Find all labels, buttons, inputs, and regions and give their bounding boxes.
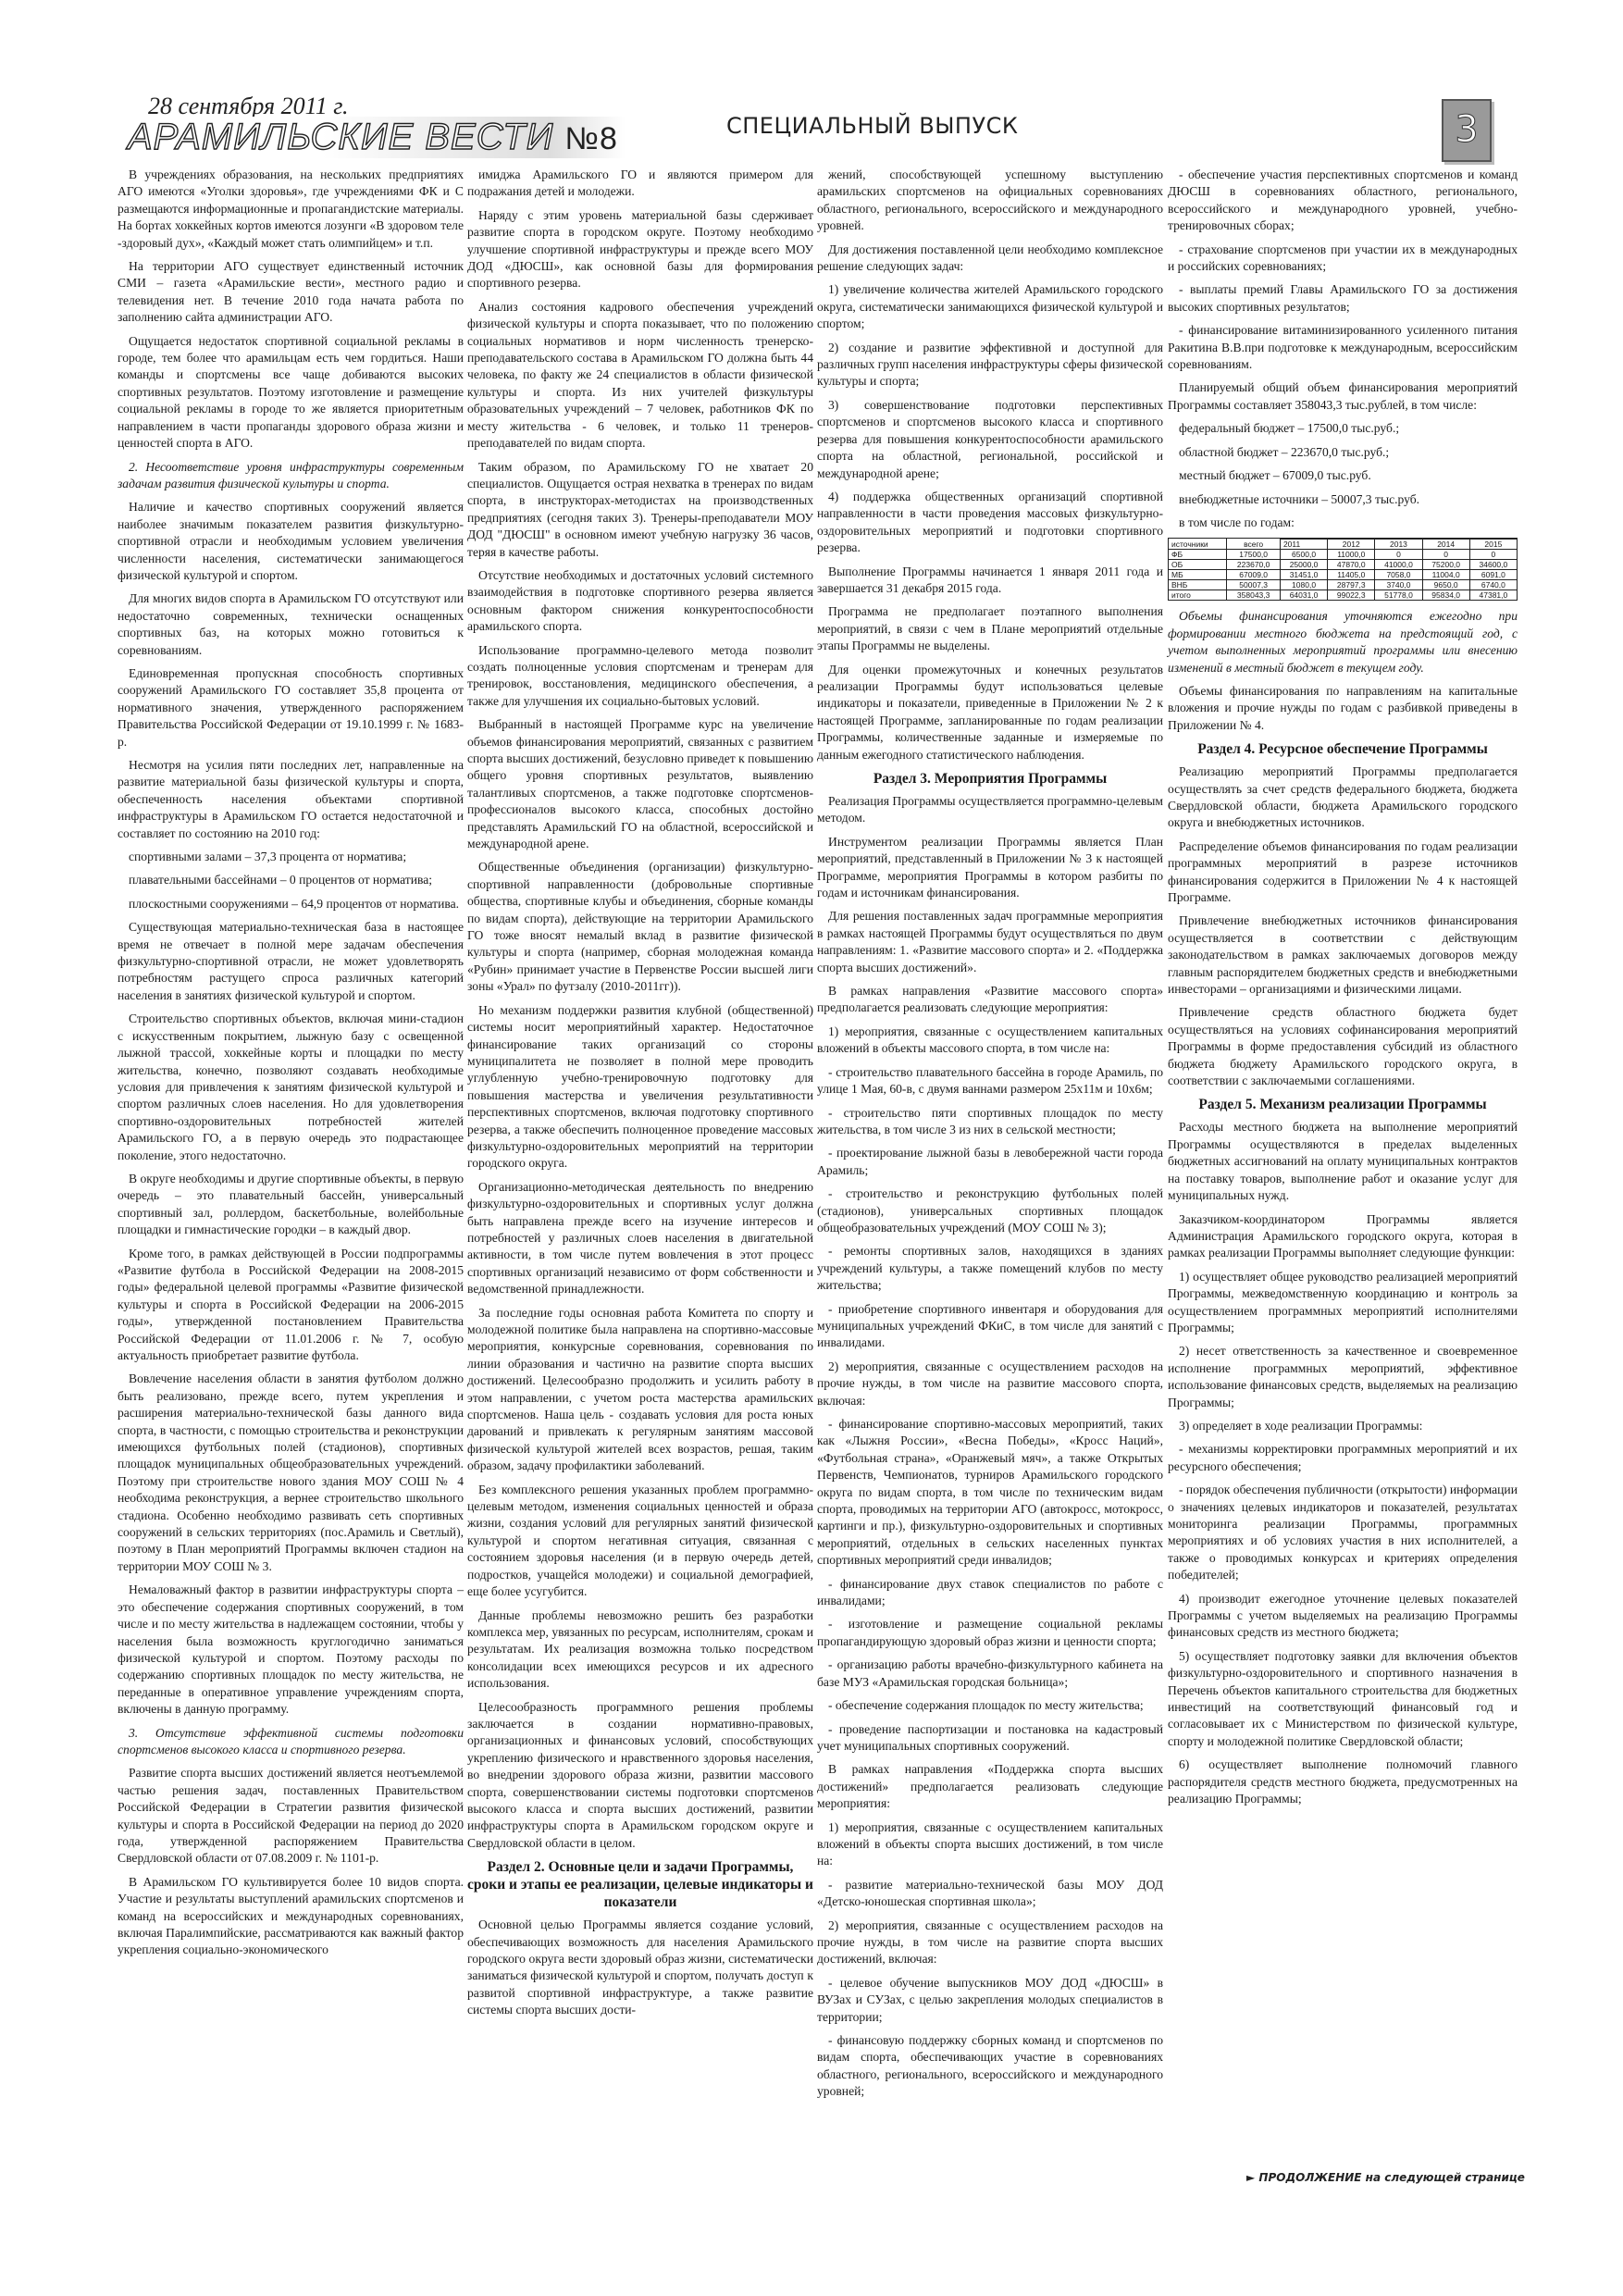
paragraph: 4) поддержка общественных организаций сп… [817,489,1163,557]
value-cell: 64031,0 [1280,590,1327,601]
paragraph: На территории АГО существует единственны… [118,258,464,327]
paragraph: 2) мероприятия, связанные с осуществлени… [817,1359,1163,1409]
paragraph: 1) осуществляет общее руководство реализ… [1168,1269,1518,1337]
paragraph: В округе необходимы и другие спортивные … [118,1171,464,1239]
section-heading: Раздел 3. Мероприятия Программы [817,770,1163,788]
paragraph: Кроме того, в рамках действующей в Росси… [118,1246,464,1365]
paragraph: Реализация Программы осуществляется прог… [817,793,1163,827]
paragraph: - финансирование витаминизированного уси… [1168,322,1518,373]
value-cell: 50007,3 [1227,580,1281,590]
paragraph: Заказчиком-координатором Программы являе… [1168,1211,1518,1262]
paragraph: 4) производит ежегодное уточнение целевы… [1168,1591,1518,1642]
page-header: 28 сентября 2011 г. АРАМИЛЬСКИЕ ВЕСТИ №8… [0,0,1623,167]
header-year: 2014 [1422,540,1469,550]
value-cell: 51778,0 [1375,590,1422,601]
paragraph: Немаловажный фактор в развитии инфрастру… [118,1582,464,1718]
table-row: МБ67009,031451,011405,07058,011004,06091… [1169,570,1518,580]
paragraph: - страхование спортсменов при участии их… [1168,242,1518,276]
column-4-body: Объемы финансирования уточняются ежегодн… [1168,608,1518,1807]
paragraph: - порядок обеспечения публичности (откры… [1168,1482,1518,1583]
paragraph: - обеспечение содержания площадок по мес… [817,1697,1163,1714]
paragraph: спортивными залами – 37,3 процента от но… [118,849,464,865]
section-heading: Раздел 2. Основные цели и задачи Програм… [467,1858,813,1911]
table-row: ВНБ50007,31080,028797,33740,09650,06740,… [1169,580,1518,590]
paragraph: Наряду с этим уровень материальной базы … [467,207,813,292]
source-cell: МБ [1169,570,1227,580]
italic-paragraph: 3. Отсутствие эффективной системы подгот… [118,1725,464,1759]
value-cell: 67009,0 [1227,570,1281,580]
column-1: В учреждениях образования, на нескольких… [118,167,464,1966]
value-cell: 25000,0 [1280,560,1327,570]
paragraph: Но механизм поддержки развития клубной (… [467,1002,813,1173]
paragraph: местный бюджет – 67009,0 тыс.руб. [1168,467,1518,484]
paragraph: Использование программно-целевого метода… [467,642,813,711]
paragraph: Выполнение Программы начинается 1 января… [817,564,1163,598]
value-cell: 6740,0 [1469,580,1517,590]
paragraph: Основной целью Программы является создан… [467,1917,813,2018]
paragraph: 2) несет ответственность за качественное… [1168,1343,1518,1411]
value-cell: 31451,0 [1280,570,1327,580]
paragraph: жений, способствующей успешному выступле… [817,167,1163,235]
paragraph: 6) осуществляет выполнение полномочий гл… [1168,1756,1518,1807]
column-3: жений, способствующей успешному выступле… [817,167,1163,2107]
value-cell: 358043,3 [1227,590,1281,601]
source-cell: ОБ [1169,560,1227,570]
financing-table-body: ФБ17500,06500,011000,0000ОБ223670,025000… [1169,550,1518,601]
paragraph: За последние годы основная работа Комите… [467,1305,813,1475]
paragraph: - финансирование двух ставок специалисто… [817,1576,1163,1610]
paragraph: Общественные объединения (организации) ф… [467,859,813,995]
source-cell: итого [1169,590,1227,601]
paragraph: в том числе по годам: [1168,515,1518,531]
paragraph: - строительство плавательного бассейна в… [817,1064,1163,1098]
paragraph: 2) мероприятия, связанные с осуществлени… [817,1917,1163,1968]
paragraph: В Арамильском ГО культивируется более 10… [118,1874,464,1959]
paragraph: 5) осуществляет подготовку заявки для вк… [1168,1648,1518,1750]
paragraph: - механизмы корректировки программных ме… [1168,1441,1518,1475]
paragraph: Таким образом, по Арамильскому ГО не хва… [467,459,813,561]
paragraph: - строительство и реконструкцию футбольн… [817,1185,1163,1236]
paragraph: Развитие спорта высших достижений являет… [118,1765,464,1867]
header-sources: источники [1169,539,1227,550]
table-row: ОБ223670,025000,047870,041000,075200,034… [1169,560,1518,570]
value-cell: 9650,0 [1422,580,1469,590]
header-total: всего [1227,539,1281,550]
paragraph: Несмотря на усилия пяти последних лет, н… [118,757,464,842]
financing-table: источники всего 2011 2012 2013 2014 2015… [1168,538,1518,601]
paragraph: 3) определяет в ходе реализации Программ… [1168,1418,1518,1434]
paragraph: Отсутствие необходимых и достаточных усл… [467,567,813,636]
table-row: итого358043,364031,099022,351778,095834,… [1169,590,1518,601]
paragraph: Вовлечение населения области в занятия ф… [118,1371,464,1575]
value-cell: 1080,0 [1280,580,1327,590]
column-2: имиджа Арамильского ГО и являются пример… [467,167,813,2026]
paragraph: Планируемый общий объем финансирования м… [1168,379,1518,414]
table-row: ФБ17500,06500,011000,0000 [1169,550,1518,560]
value-cell: 47381,0 [1469,590,1517,601]
page-number-badge: 3 [1442,99,1492,162]
paragraph: - организацию работы врачебно-физкультур… [817,1657,1163,1691]
column-4: - обеспечение участия перспективных спор… [1168,167,1518,1815]
paragraph: Организационно-методическая деятельность… [467,1179,813,1298]
value-cell: 99022,3 [1328,590,1375,601]
paragraph: - проектирование лыжной базы в левобереж… [817,1145,1163,1179]
value-cell: 41000,0 [1375,560,1422,570]
value-cell: 95834,0 [1422,590,1469,601]
header-year: 2012 [1328,540,1375,550]
value-cell: 6500,0 [1280,550,1327,560]
paragraph: федеральный бюджет – 17500,0 тыс.руб.; [1168,420,1518,437]
paragraph: Ощущается недостаток спортивной социальн… [118,333,464,453]
section-heading: Раздел 4. Ресурсное обеспечение Программ… [1168,740,1518,758]
paragraph: внебюджетные источники – 50007,3 тыс.руб… [1168,491,1518,508]
paragraph: Существующая материально-техническая баз… [118,919,464,1004]
value-cell: 28797,3 [1328,580,1375,590]
paragraph: Привлечение внебюджетных источников фина… [1168,912,1518,998]
paragraph: В рамках направления «Развитие массового… [817,983,1163,1017]
paragraph: Единовременная пропускная способность сп… [118,665,464,751]
paragraph: Инструментом реализации Программы являет… [817,834,1163,902]
newspaper-name: АРАМИЛЬСКИЕ ВЕСТИ [128,117,553,157]
header-year: 2015 [1469,540,1517,550]
paragraph: плавательными бассейнами – 0 процентов о… [118,872,464,888]
paragraph: 2) создание и развитие эффективной и дос… [817,340,1163,391]
value-cell: 47870,0 [1328,560,1375,570]
column-4-intro: - обеспечение участия перспективных спор… [1168,167,1518,531]
value-cell: 17500,0 [1227,550,1281,560]
value-cell: 6091,0 [1469,570,1517,580]
italic-paragraph: 2. Несоответствие уровня инфраструктуры … [118,459,464,493]
paragraph: имиджа Арамильского ГО и являются пример… [467,167,813,201]
paragraph: Расходы местного бюджета на выполнение м… [1168,1119,1518,1204]
paragraph: 1) мероприятия, связанные с осуществлени… [817,1024,1163,1058]
paragraph: Для решения поставленных задач программн… [817,908,1163,976]
paragraph: Строительство спортивных объектов, включ… [118,1011,464,1164]
newspaper-masthead: АРАМИЛЬСКИЕ ВЕСТИ №8 [120,117,626,158]
paragraph: - целевое обучение выпускников МОУ ДОД «… [817,1975,1163,2026]
paragraph: Анализ состояния кадрового обеспечения у… [467,299,813,453]
value-cell: 11004,0 [1422,570,1469,580]
value-cell: 75200,0 [1422,560,1469,570]
paragraph: - изготовление и размещение социальной р… [817,1616,1163,1650]
value-cell: 0 [1422,550,1469,560]
italic-paragraph: Объемы финансирования уточняются ежегодн… [1168,608,1518,676]
paragraph: Объемы финансирования по направлениям на… [1168,683,1518,734]
paragraph: Данные проблемы невозможно решить без ра… [467,1607,813,1693]
paragraph: - строительство пяти спортивных площадок… [817,1105,1163,1139]
issue-number: №8 [564,121,617,156]
paragraph: - развитие материально-технической базы … [817,1877,1163,1911]
paragraph: В рамках направления «Поддержка спорта в… [817,1761,1163,1812]
value-cell: 3740,0 [1375,580,1422,590]
paragraph: В учреждениях образования, на нескольких… [118,167,464,252]
source-cell: ФБ [1169,550,1227,560]
value-cell: 34600,0 [1469,560,1517,570]
paragraph: Программа не предполагает поэтапного вып… [817,603,1163,654]
paragraph: Целесообразность программного решения пр… [467,1699,813,1853]
paragraph: Реализацию мероприятий Программы предпол… [1168,763,1518,832]
paragraph: 3) совершенствование подготовки перспект… [817,397,1163,482]
value-cell: 0 [1469,550,1517,560]
source-cell: ВНБ [1169,580,1227,590]
paragraph: - приобретение спортивного инвентаря и о… [817,1301,1163,1352]
header-year: 2011 [1280,540,1327,550]
paragraph: Для оценки промежуточных и конечных резу… [817,662,1163,763]
value-cell: 223670,0 [1227,560,1281,570]
paragraph: областной бюджет – 223670,0 тыс.руб.; [1168,444,1518,461]
paragraph: Распределение объемов финансирования по … [1168,838,1518,907]
section-heading: Раздел 5. Механизм реализации Программы [1168,1096,1518,1113]
value-cell: 7058,0 [1375,570,1422,580]
paragraph: - выплаты премий Главы Арамильского ГО з… [1168,281,1518,316]
paragraph: Для многих видов спорта в Арамильском ГО… [118,590,464,659]
value-cell: 11000,0 [1328,550,1375,560]
paragraph: Без комплексного решения указанных пробл… [467,1482,813,1601]
header-year: 2013 [1375,540,1422,550]
paragraph: Для достижения поставленной цели необход… [817,242,1163,276]
section-title: СПЕЦИАЛЬНЫЙ ВЫПУСК [726,113,1018,139]
value-cell: 0 [1375,550,1422,560]
paragraph: Привлечение средств областного бюджета б… [1168,1004,1518,1089]
paragraph: - финансирование спортивно-массовых меро… [817,1416,1163,1570]
paragraph: - ремонты спортивных залов, находящихся … [817,1243,1163,1294]
paragraph: - проведение паспортизации и постановка … [817,1721,1163,1756]
paragraph: Наличие и качество спортивных сооружений… [118,499,464,584]
paragraph: 1) увеличение количества жителей Арамиль… [817,281,1163,332]
paragraph: 1) мероприятия, связанные с осуществлени… [817,1819,1163,1870]
paragraph: - обеспечение участия перспективных спор… [1168,167,1518,235]
paragraph: Выбранный в настоящей Программе курс на … [467,716,813,852]
paragraph: - финансовую поддержку сборных команд и … [817,2032,1163,2101]
continued-on-next-page: ► ПРОДОЛЖЕНИЕ на следующей странице [1246,2171,1525,2184]
value-cell: 11405,0 [1328,570,1375,580]
paragraph: плоскостными сооружениями – 64,9 процент… [118,896,464,912]
